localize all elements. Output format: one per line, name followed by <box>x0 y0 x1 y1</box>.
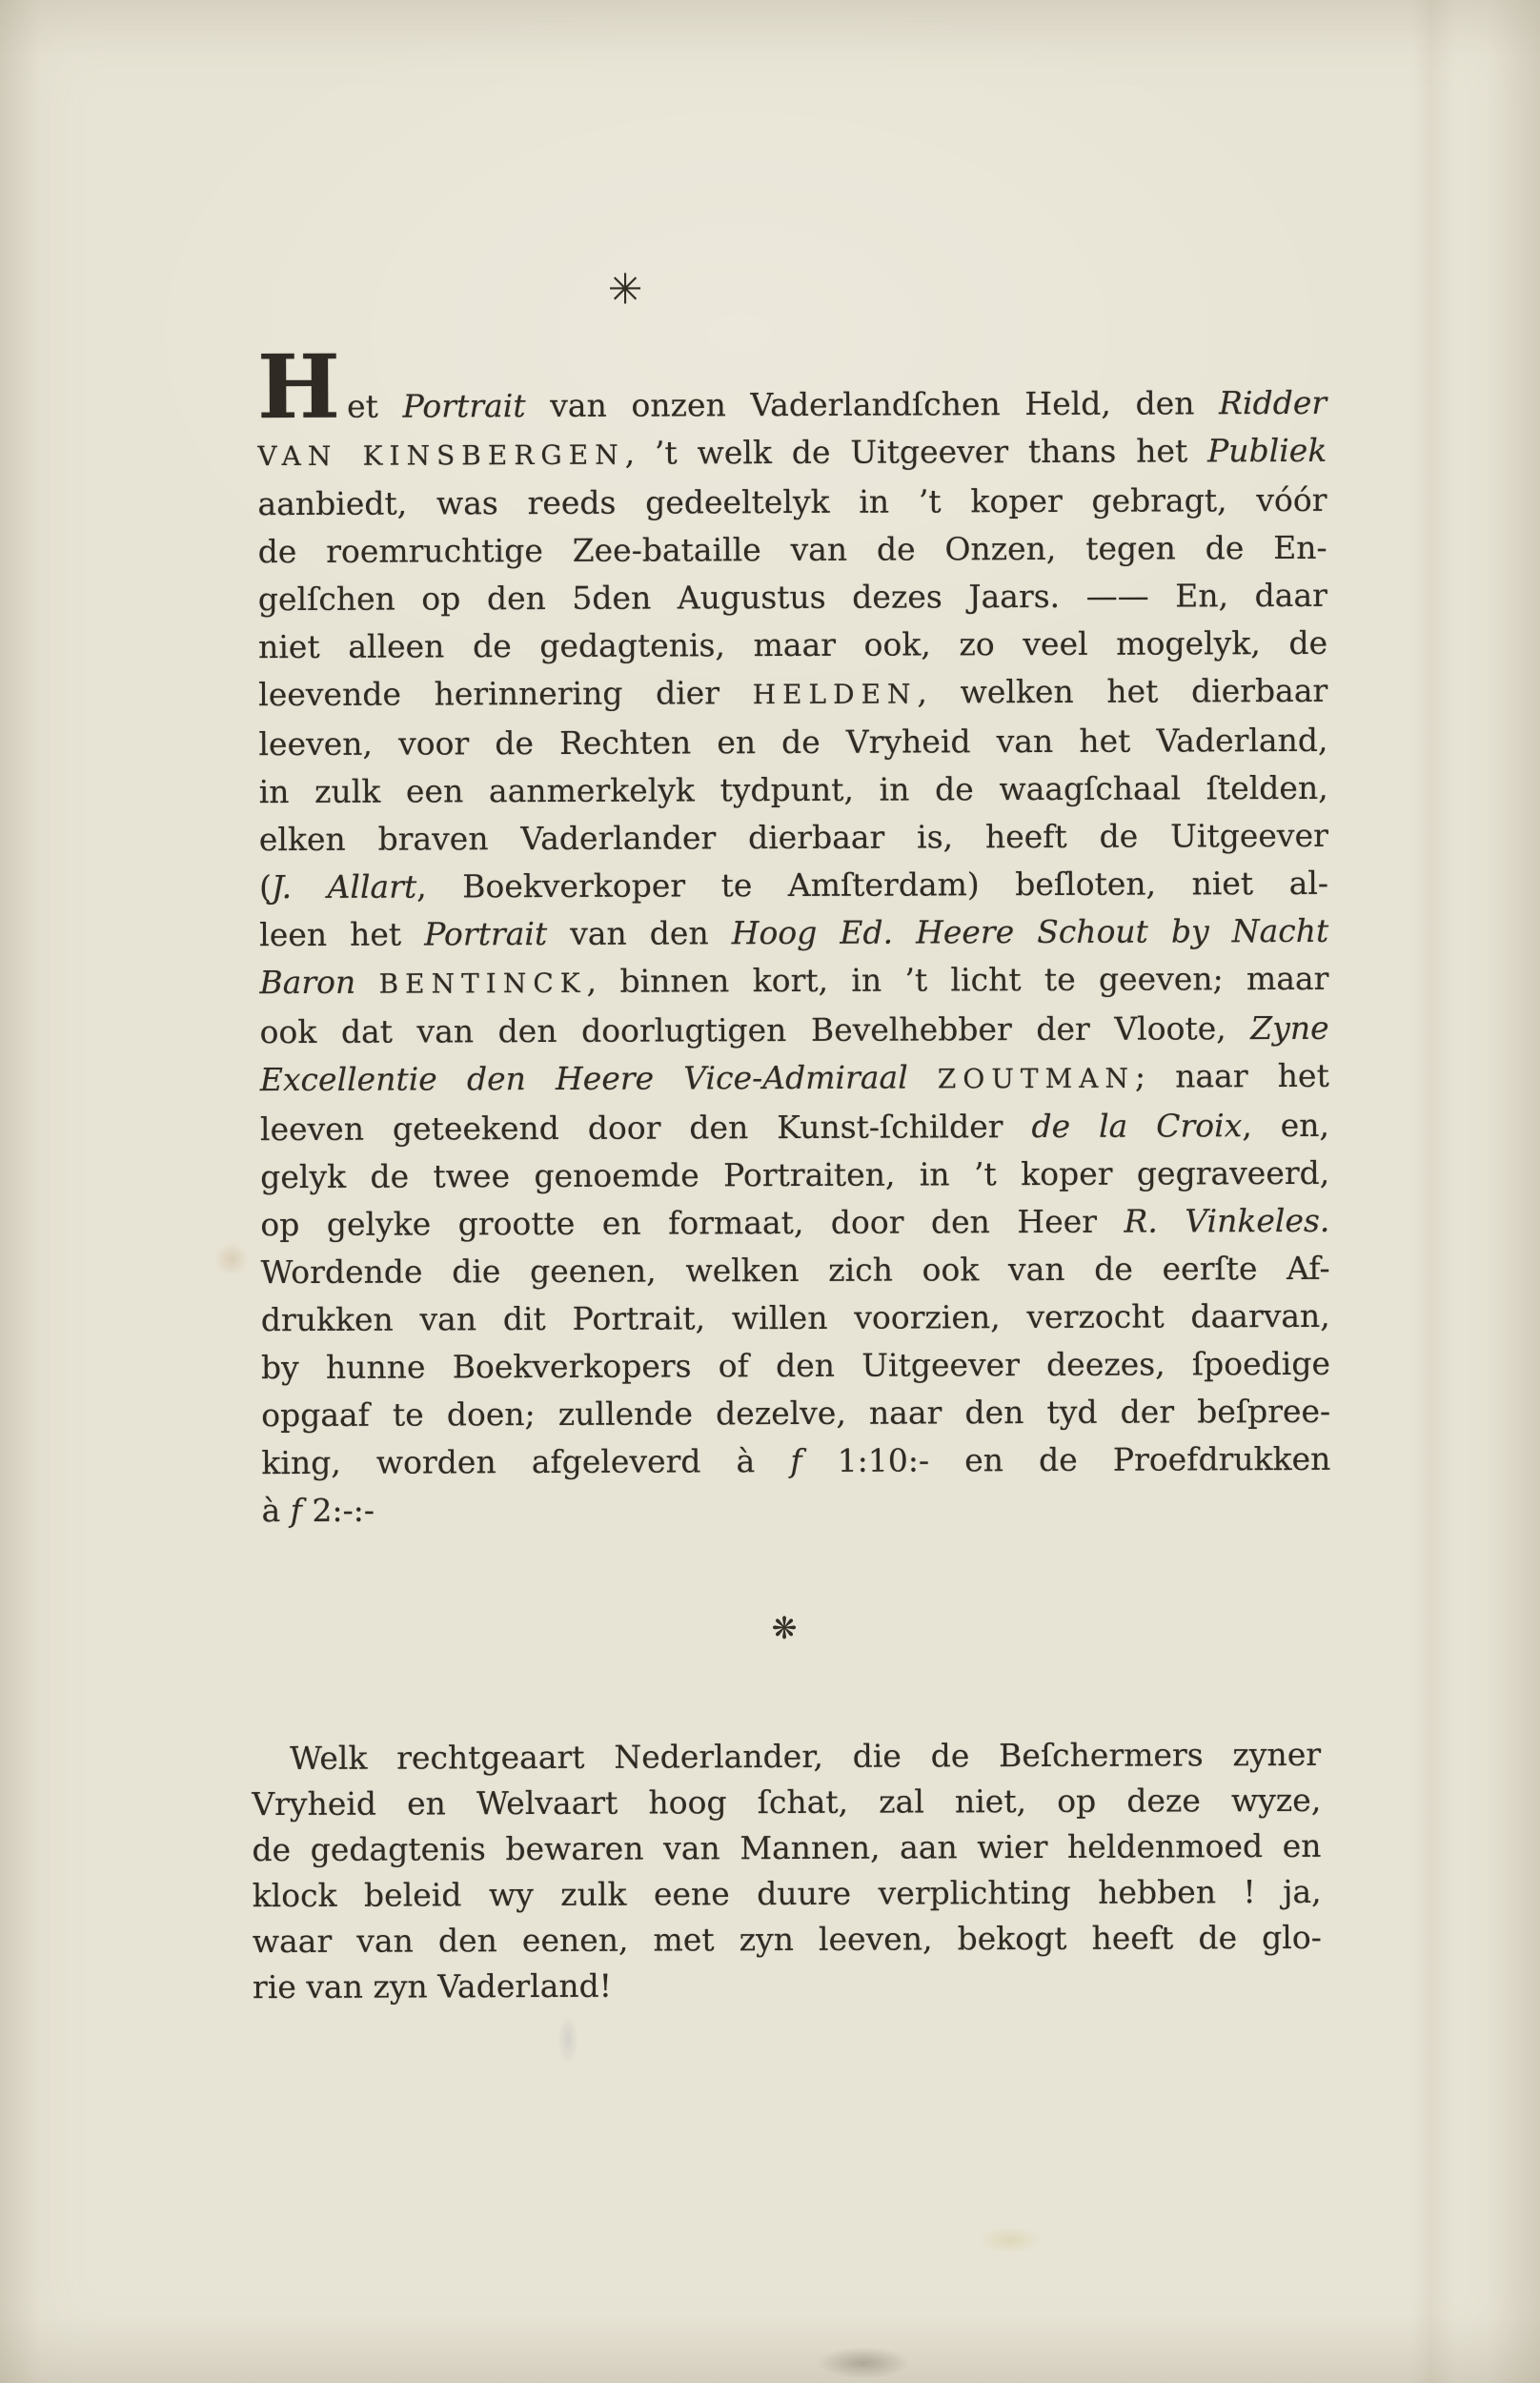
text-segment: leeven geteekend door den Kunst-ſchilder <box>260 1108 1032 1148</box>
document-page: ✳ Het Portrait van onzen Vaderlandſchen … <box>0 0 1540 2383</box>
text-segment: , Boekverkoper te Amſterdam) beſloten, n… <box>416 865 1328 906</box>
text-line: leevende herinnering dier HELDEN, welken… <box>258 667 1327 721</box>
text-segment: klock beleid wy zulk eene duure verplich… <box>253 1873 1322 1914</box>
text-segment: 2:-:- <box>302 1492 375 1529</box>
text-segment: 1:10:- en de Proefdrukken <box>802 1440 1331 1479</box>
text-segment: drukken van dit Portrait, willen voorzie… <box>261 1297 1330 1338</box>
drop-cap: H <box>257 336 340 438</box>
text-segment: by hunne Boekverkopers of den Uitgeever … <box>261 1345 1330 1386</box>
text-segment: Hoog Ed. Heere Schout by Nacht <box>732 912 1329 951</box>
text-line: de gedagtenis bewaren van Mannen, aan wi… <box>252 1823 1321 1873</box>
text-segment: de roemruchtige Zee-bataille van de Onze… <box>258 529 1327 570</box>
text-segment: Excellentie den Heere Vice-Admiraal <box>260 1058 938 1098</box>
asterisk-ornament-top: ✳ <box>608 266 643 315</box>
text-segment: van onzen Vaderlandſchen Held, den <box>525 384 1219 424</box>
text-segment: gelſchen op den 5den Augustus dezes Jaar… <box>258 577 1327 618</box>
text-line: ook dat van den doorlugtigen Bevelhebber… <box>260 1005 1329 1056</box>
text-segment: niet alleen de gedagtenis, maar ook, zo … <box>258 624 1327 665</box>
text-segment: Portrait <box>402 387 525 424</box>
text-segment: king, worden afgeleverd à <box>261 1442 790 1481</box>
text-segment: op gelyke grootte en formaat, door den H… <box>260 1203 1124 1243</box>
text-segment: Publiek <box>1207 432 1327 469</box>
text-segment: Wordende die geenen, welken zich ook van… <box>261 1250 1330 1291</box>
text-line: Welk rechtgeaart Nederlander, die de Beſ… <box>252 1732 1321 1782</box>
text-segment: waar van den eenen, met zyn leeven, beko… <box>253 1919 1322 1960</box>
text-line: leeven, voor de Rechten en de Vryheid va… <box>258 717 1327 768</box>
text-line: niet alleen de gedagtenis, maar ook, zo … <box>258 620 1327 671</box>
text-line: (J. Allart, Boekverkoper te Amſterdam) b… <box>259 860 1328 911</box>
text-segment: Welk rechtgeaart Nederlander, die de Beſ… <box>290 1736 1321 1777</box>
text-segment: rie van zyn Vaderland! <box>253 1967 612 2006</box>
text-segment: , welken het dierbaar <box>917 672 1327 711</box>
text-segment: ZOUTMAN <box>938 1063 1135 1095</box>
text-segment: à <box>261 1492 290 1529</box>
text-segment: in zulk een aanmerkelyk tydpunt, in de w… <box>259 769 1328 810</box>
text-segment: leeven, voor de Rechten en de Vryheid va… <box>258 722 1327 763</box>
text-segment: gelyk de twee genoemde Portraiten, in ’t… <box>260 1154 1329 1195</box>
text-segment: opgaaf te doen; zullende dezelve, naar d… <box>261 1393 1330 1434</box>
text-segment: Zyne <box>1250 1009 1329 1047</box>
text-line: de roemruchtige Zee-bataille van de Onze… <box>258 524 1327 576</box>
text-segment: Vryheid en Welvaart hoog ſchat, zal niet… <box>252 1782 1321 1823</box>
paragraph-closing: Welk rechtgeaart Nederlander, die de Beſ… <box>252 1732 1322 2010</box>
text-segment: de gedagtenis bewaren van Mannen, aan wi… <box>252 1827 1321 1868</box>
text-segment: HELDEN <box>753 678 918 710</box>
text-line: elken braven Vaderlander dierbaar is, he… <box>259 812 1328 864</box>
text-segment: Portrait <box>424 915 547 952</box>
text-line: gelſchen op den 5den Augustus dezes Jaar… <box>258 572 1327 623</box>
text-segment: R. Vinkeles. <box>1124 1202 1329 1240</box>
text-segment: leen het <box>259 915 424 953</box>
text-line: rie van zyn Vaderland! <box>253 1961 1322 2010</box>
text-line: op gelyke grootte en formaat, door den H… <box>260 1197 1329 1249</box>
rosette-ornament-middle: ❋ <box>772 1610 798 1646</box>
text-segment: Ridder <box>1219 384 1327 421</box>
text-segment: BENTINCK <box>378 967 586 1000</box>
paragraph-announcement: Het Portrait van onzen Vaderlandſchen He… <box>257 379 1331 1535</box>
text-line: Vryheid en Welvaart hoog ſchat, zal niet… <box>252 1778 1321 1827</box>
text-segment: ( <box>259 868 272 906</box>
text-line: à f 2:-:- <box>261 1483 1330 1535</box>
text-line: klock beleid wy zulk eene duure verplich… <box>253 1869 1322 1919</box>
text-segment: f <box>291 1492 302 1529</box>
text-line: VAN KINSBERGEN, ’t welk de Uitgeever tha… <box>257 427 1327 480</box>
text-line: leen het Portrait van den Hoog Ed. Heere… <box>259 907 1328 959</box>
text-segment: aanbiedt, was reeds gedeeltelyk in ’t ko… <box>257 481 1327 522</box>
text-line: gelyk de twee genoemde Portraiten, in ’t… <box>260 1150 1329 1201</box>
text-line: Excellentie den Heere Vice-Admiraal ZOUT… <box>260 1052 1329 1106</box>
text-line: Wordende die geenen, welken zich ook van… <box>260 1245 1329 1296</box>
text-segment: Baron <box>259 964 378 1001</box>
text-segment: van den <box>547 914 732 952</box>
text-segment: , ’t welk de Uitgeever thans het <box>625 432 1208 471</box>
text-segment: , en, <box>1242 1107 1329 1144</box>
text-line: leeven geteekend door den Kunst-ſchilder… <box>260 1102 1329 1153</box>
text-segment: VAN KINSBERGEN <box>257 439 624 472</box>
text-segment: et <box>347 388 403 425</box>
text-segment: ; naar het <box>1135 1057 1329 1095</box>
text-segment: elken braven Vaderlander dierbaar is, he… <box>259 817 1328 858</box>
text-line: in zulk een aanmerkelyk tydpunt, in de w… <box>259 764 1328 816</box>
text-line: waar van den eenen, met zyn leeven, beko… <box>253 1915 1322 1965</box>
text-line: king, worden afgeleverd à f 1:10:- en de… <box>261 1436 1330 1487</box>
text-segment: J. Allart <box>272 868 416 906</box>
text-line: Baron BENTINCK, binnen kort, in ’t licht… <box>259 955 1328 1008</box>
text-segment: f <box>790 1442 801 1479</box>
text-line: aanbiedt, was reeds gedeeltelyk in ’t ko… <box>257 477 1327 528</box>
text-line: by hunne Boekverkopers of den Uitgeever … <box>261 1340 1330 1392</box>
text-line: drukken van dit Portrait, willen voorzie… <box>261 1293 1330 1344</box>
text-line: opgaaf te doen; zullende dezelve, naar d… <box>261 1388 1330 1439</box>
text-segment: ook dat van den doorlugtigen Bevelhebber… <box>260 1009 1251 1050</box>
text-segment: de la Croix <box>1031 1107 1242 1145</box>
text-segment: , binnen kort, in ’t licht te geeven; ma… <box>587 960 1329 1000</box>
text-line: Het Portrait van onzen Vaderlandſchen He… <box>257 379 1327 431</box>
text-segment: leevende herinnering dier <box>258 674 753 713</box>
